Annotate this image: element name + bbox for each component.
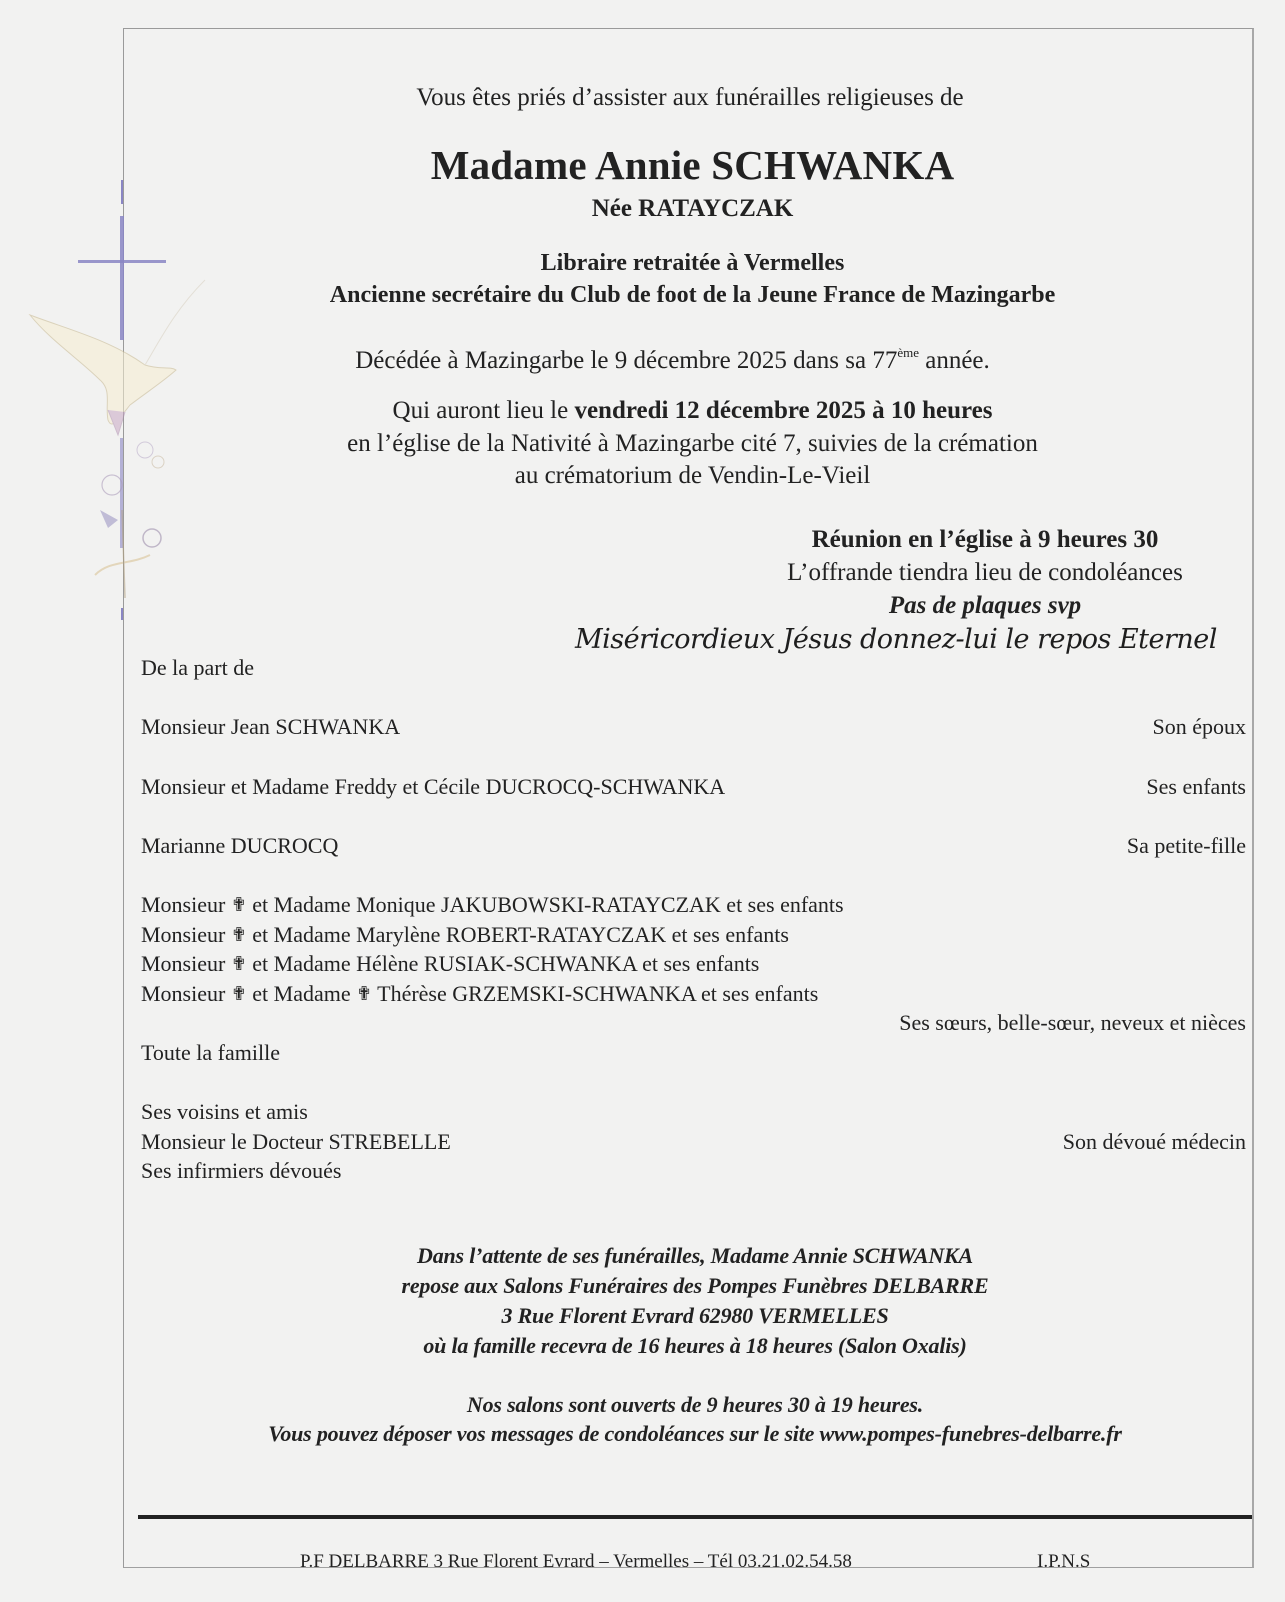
family-member-name: Monsieur Jean SCHWANKA bbox=[141, 714, 400, 740]
doctor-name: Monsieur le Docteur STREBELLE bbox=[141, 1129, 451, 1155]
deceased-name: Madame Annie SCHWANKA bbox=[0, 141, 1285, 189]
sibling-row: Monsieur ✟ et Madame Marylène ROBERT-RAT… bbox=[141, 922, 1246, 948]
funeral-home-address: 3 Rue Florent Evrard 62980 VERMELLES bbox=[0, 1303, 1285, 1329]
family-member-role: Ses enfants bbox=[1146, 774, 1246, 800]
family-member-role: Sa petite-fille bbox=[1127, 833, 1246, 859]
offering-note: L’offrande tiendra lieu de condoléances bbox=[640, 559, 1285, 587]
no-plaques-note: Pas de plaques svp bbox=[640, 592, 1285, 620]
siblings-role-row: Ses sœurs, belle-sœur, neveux et nièces bbox=[141, 1010, 1246, 1036]
ceremony-datetime: vendredi 12 décembre 2025 à 10 heures bbox=[574, 397, 992, 424]
family-visiting-hours: où la famille recevra de 16 heures à 18 … bbox=[0, 1333, 1285, 1359]
footer-address: P.F DELBARRE 3 Rue Florent Evrard – Verm… bbox=[300, 1551, 852, 1573]
cross-icon: ✟ bbox=[231, 984, 247, 1005]
ceremony-date: Qui auront lieu le vendredi 12 décembre … bbox=[0, 397, 1285, 425]
sibling-row: Monsieur ✟ et Madame Hélène RUSIAK-SCHWA… bbox=[141, 951, 1246, 977]
whole-family-row: Toute la famille bbox=[141, 1040, 1246, 1066]
footer-divider bbox=[138, 1515, 1252, 1519]
siblings-role: Ses sœurs, belle-sœur, neveux et nièces bbox=[899, 1010, 1246, 1036]
sibling-text: Monsieur bbox=[141, 892, 231, 917]
salon-hours: Nos salons sont ouverts de 9 heures 30 à… bbox=[0, 1392, 1285, 1418]
doctor-role: Son dévoué médecin bbox=[1063, 1129, 1246, 1155]
sibling-row: Monsieur ✟ et Madame Monique JAKUBOWSKI-… bbox=[141, 892, 1246, 918]
sibling-text: Monsieur bbox=[141, 981, 231, 1006]
family-member-role: Son époux bbox=[1153, 714, 1247, 740]
doctor-row: Monsieur le Docteur STREBELLE Son dévoué… bbox=[141, 1129, 1246, 1155]
cross-icon: ✟ bbox=[231, 954, 247, 975]
prayer-line: Miséricordieux Jésus donnez-lui le repos… bbox=[575, 624, 1217, 655]
death-notice: Décédée à Mazingarbe le 9 décembre 2025 … bbox=[0, 345, 1285, 375]
cross-icon: ✟ bbox=[231, 895, 247, 916]
family-row: Monsieur Jean SCHWANKA Son époux bbox=[141, 714, 1246, 740]
family-intro: De la part de bbox=[141, 655, 1246, 681]
family-row: Monsieur et Madame Freddy et Cécile DUCR… bbox=[141, 774, 1246, 800]
family-intro-text: De la part de bbox=[141, 655, 254, 681]
neighbours: Ses voisins et amis bbox=[141, 1099, 308, 1125]
cross-vertical bbox=[120, 216, 124, 340]
sibling-row: Monsieur ✟ et Madame ✟ Thérèse GRZEMSKI-… bbox=[141, 981, 1246, 1007]
sibling-text: et Madame Marylène ROBERT-RATAYCZAK et s… bbox=[247, 922, 789, 947]
whole-family: Toute la famille bbox=[141, 1040, 280, 1066]
cross-icon: ✟ bbox=[356, 984, 372, 1005]
sibling-text: Monsieur bbox=[141, 922, 231, 947]
ceremony-location: en l’église de la Nativité à Mazingarbe … bbox=[0, 430, 1285, 458]
funeral-home-line-1: Dans l’attente de ses funérailles, Madam… bbox=[0, 1243, 1285, 1269]
family-row: Marianne DUCROCQ Sa petite-fille bbox=[141, 833, 1246, 859]
footer-ipns: I.P.N.S bbox=[1037, 1551, 1090, 1573]
ceremony-prefix: Qui auront lieu le bbox=[393, 397, 575, 424]
crematorium: au crématorium de Vendin-Le-Vieil bbox=[0, 462, 1285, 490]
condolences-website: Vous pouvez déposer vos messages de cond… bbox=[0, 1421, 1285, 1447]
sibling-text: Monsieur bbox=[141, 951, 231, 976]
sibling-text: et Madame Hélène RUSIAK-SCHWANKA et ses … bbox=[247, 951, 760, 976]
profession-line-2: Ancienne secrétaire du Club de foot de l… bbox=[0, 282, 1285, 309]
family-member-name: Monsieur et Madame Freddy et Cécile DUCR… bbox=[141, 774, 725, 800]
sibling-text: et Madame bbox=[247, 981, 356, 1006]
meeting-time: Réunion en l’église à 9 heures 30 bbox=[640, 526, 1285, 554]
family-member-name: Marianne DUCROCQ bbox=[141, 833, 338, 859]
sibling-text: Thérèse GRZEMSKI-SCHWANKA et ses enfants bbox=[372, 981, 818, 1006]
maiden-name: Née RATAYCZAK bbox=[0, 195, 1285, 223]
death-ordinal: ème bbox=[897, 345, 919, 360]
death-text: Décédée à Mazingarbe le 9 décembre 2025 … bbox=[355, 347, 897, 374]
neighbours-row: Ses voisins et amis bbox=[141, 1099, 1246, 1125]
intro-text: Vous êtes priés d’assister aux funéraill… bbox=[0, 84, 1285, 112]
death-text-end: année. bbox=[919, 347, 990, 374]
sibling-text: et Madame Monique JAKUBOWSKI-RATAYCZAK e… bbox=[247, 892, 844, 917]
funeral-home-line-2: repose aux Salons Funéraires des Pompes … bbox=[0, 1273, 1285, 1299]
nurses: Ses infirmiers dévoués bbox=[141, 1158, 341, 1184]
nurses-row: Ses infirmiers dévoués bbox=[141, 1158, 1246, 1184]
cross-icon: ✟ bbox=[231, 925, 247, 946]
profession-line-1: Libraire retraitée à Vermelles bbox=[0, 250, 1285, 277]
